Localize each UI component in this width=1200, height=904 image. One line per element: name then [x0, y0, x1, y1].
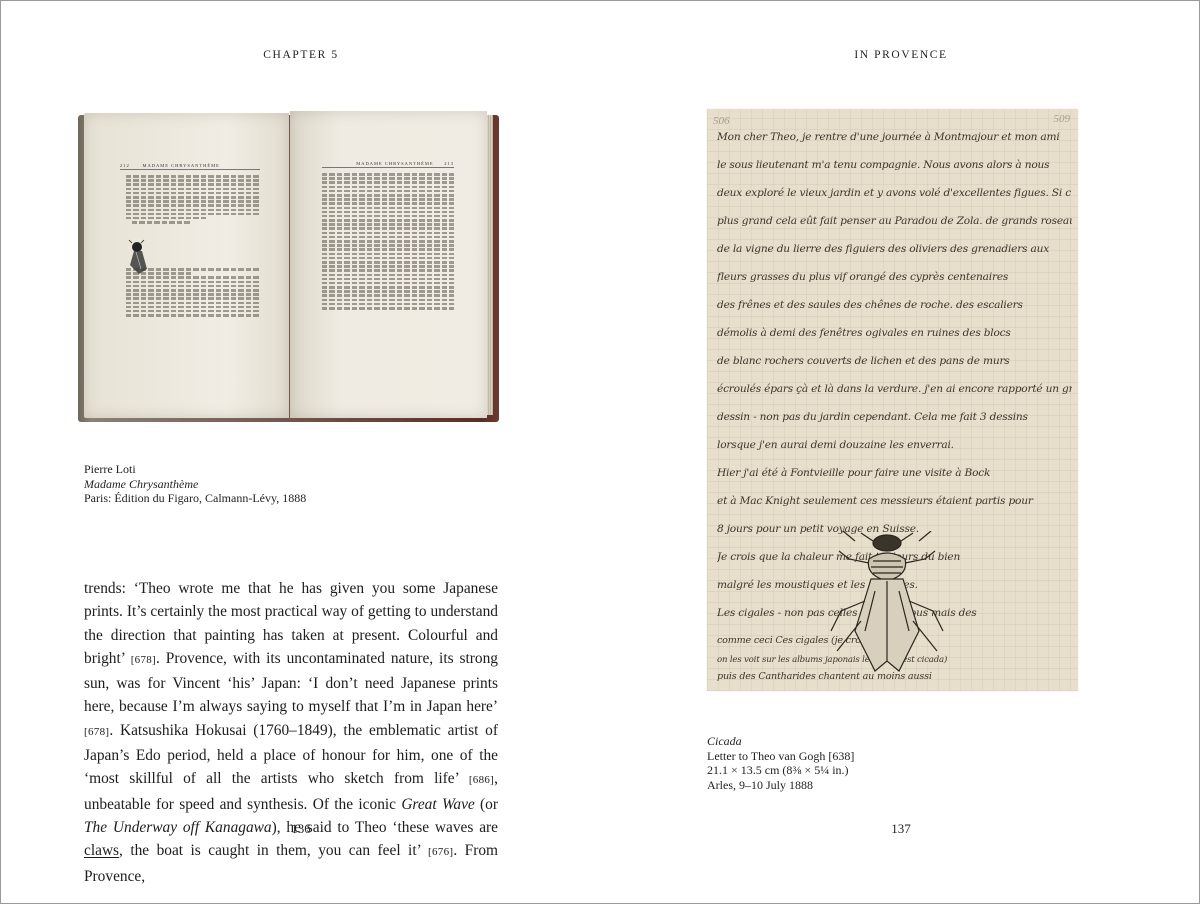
- text-run: (or: [475, 796, 498, 813]
- book-right-running-head: MADAME CHRYSANTHÈME 213: [322, 161, 454, 168]
- book-right-page-number: 213: [444, 161, 454, 166]
- letter-corner-number-right: 509: [1054, 113, 1071, 125]
- letter-image: 506 509 Mon cher Theo, je rentre d'une j…: [707, 109, 1078, 691]
- book-page-edges: [487, 115, 493, 415]
- letter-reference: [678]: [84, 726, 109, 738]
- book-caption: Pierre Loti Madame Chrysanthème Paris: É…: [84, 462, 306, 506]
- letter-line: et à Mac Knight seulement ces messieurs …: [717, 495, 1072, 507]
- caption-publication: Paris: Édition du Figaro, Calmann-Lévy, …: [84, 491, 306, 506]
- body-text: trends: ‘Theo wrote me that he has given…: [84, 577, 498, 888]
- letter-reference: [686]: [469, 774, 494, 786]
- letter-line: dessin - non pas du jardin cependant. Ce…: [717, 411, 1072, 423]
- caption-description: Letter to Theo van Gogh [638]: [707, 749, 854, 764]
- book-left-text-block-2: [126, 268, 260, 360]
- letter-reference: [676]: [428, 846, 453, 858]
- caption-dimensions: 21.1 × 13.5 cm (8⅜ × 5¼ in.): [707, 763, 854, 778]
- letter-line: lorsque j'en aurai demi douzaine les env…: [717, 439, 1072, 451]
- running-head-chapter: CHAPTER 5: [1, 49, 601, 61]
- letter-corner-number-left: 506: [713, 115, 730, 127]
- book-left-running-title: MADAME CHRYSANTHÈME: [143, 163, 220, 168]
- cicada-illustration-icon: [127, 239, 153, 275]
- body-paragraph: trends: ‘Theo wrote me that he has given…: [84, 577, 498, 888]
- book-right-page: MADAME CHRYSANTHÈME 213: [290, 111, 487, 418]
- book-left-page: 212 MADAME CHRYSANTHÈME: [84, 113, 289, 418]
- caption-title: Madame Chrysanthème: [84, 477, 306, 492]
- book-right-running-title: MADAME CHRYSANTHÈME: [356, 161, 433, 166]
- book-left-page-number: 212: [120, 163, 130, 168]
- page-number-left: 136: [1, 821, 601, 837]
- book-right-text-block: [322, 173, 454, 359]
- caption-place-date: Arles, 9–10 July 1888: [707, 778, 854, 793]
- caption-author: Pierre Loti: [84, 462, 306, 477]
- letter-line: Mon cher Theo, je rentre d'une journée à…: [717, 131, 1072, 143]
- letter-line: deux exploré le vieux jardin et y avons …: [717, 187, 1072, 199]
- letter-line: écroulés épars çà et là dans la verdure.…: [717, 383, 1072, 395]
- letter-line: démolis à demi des fenêtres ogivales en …: [717, 327, 1072, 339]
- letter-line: le sous lieutenant m'a tenu compagnie. N…: [717, 159, 1072, 171]
- letter-line: de la vigne du lierre des figuiers des o…: [717, 243, 1072, 255]
- letter-caption: Cicada Letter to Theo van Gogh [638] 21.…: [707, 734, 854, 792]
- letter-reference: [678]: [131, 654, 156, 666]
- letter-line: plus grand cela eût fait penser au Parad…: [717, 215, 1072, 227]
- letter-line: des frênes et des saules des chênes de r…: [717, 299, 1072, 311]
- text-run: , the boat is caught in them, you can fe…: [119, 842, 428, 859]
- book-left-running-head: 212 MADAME CHRYSANTHÈME: [120, 163, 260, 170]
- running-head-section: IN PROVENCE: [601, 49, 1200, 61]
- underlined-word: claws: [84, 842, 119, 859]
- left-page: CHAPTER 5 212 MADAME CHRYSANTHÈME: [1, 1, 601, 904]
- caption-title: Cicada: [707, 734, 854, 749]
- text-run: . Katsushika Hokusai (1760–1849), the em…: [84, 722, 498, 788]
- right-page: IN PROVENCE 506 509 Mon cher Theo, je re…: [601, 1, 1200, 904]
- artwork-title: Great Wave: [401, 796, 474, 813]
- cicada-drawing-icon: [825, 531, 965, 681]
- letter-line: Hier j'ai été à Fontvieille pour faire u…: [717, 467, 1072, 479]
- letter-line: fleurs grasses du plus vif orangé des cy…: [717, 271, 1072, 283]
- book-photograph: 212 MADAME CHRYSANTHÈME MADAME CHRYSANTH…: [78, 109, 499, 424]
- page-number-right: 137: [601, 821, 1200, 837]
- letter-line: de blanc rochers couverts de lichen et d…: [717, 355, 1072, 367]
